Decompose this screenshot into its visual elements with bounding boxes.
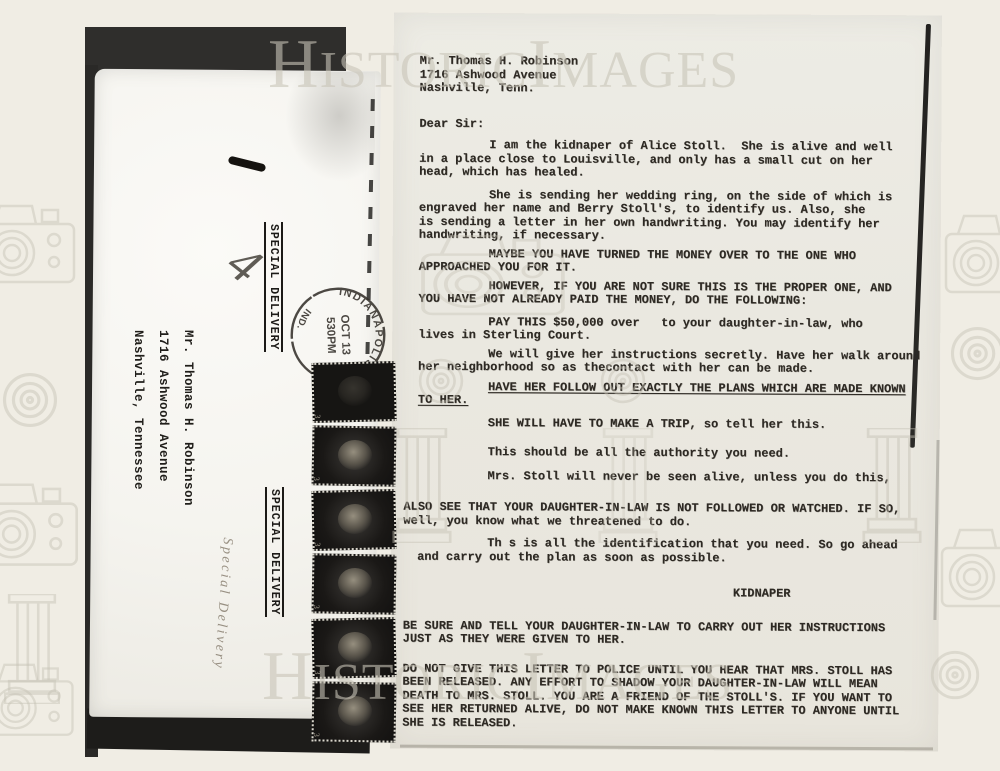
stamp-denomination: 3 [313,670,322,674]
stamp-portrait [338,696,373,727]
letter-paragraph: MAYBE YOU HAVE TURNED THE MONEY OVER TO … [419,247,930,277]
letter-paragraph: This should be all the authority you nee… [418,446,929,462]
camera-icon [0,474,83,569]
letter-paragraph: HOWEVER, IF YOU ARE NOT SURE THIS IS THE… [418,279,929,309]
photo-dark-background-top [85,27,346,73]
stamp-portrait [338,376,373,407]
ransom-letter-text: Mr. Thomas H. Robinson 1716 Ashwood Aven… [402,55,931,733]
postage-stamp: 3 [311,681,396,742]
svg-text:IND.: IND. [293,306,313,331]
letter-paragraph: I am the kidnaper of Alice Stoll. She is… [419,139,930,182]
stamp-portrait [338,440,373,471]
letter-paragraph: Mrs. Stoll will never be seen alive, unl… [417,469,928,485]
letter-paragraph: DO NOT GIVE THIS LETTER TO POLICE UNTIL … [402,662,927,732]
stamp-denomination: 3 [312,477,321,481]
ransom-letter-paper: Mr. Thomas H. Robinson 1716 Ashwood Aven… [390,13,942,752]
envelope-address-line: Nashville, Tennessee [125,330,150,562]
letter-paragraph: ALSO SEE THAT YOUR DAUGHTER-IN-LAW IS NO… [403,501,928,531]
letter-paragraph: SHE WILL HAVE TO MAKE A TRIP, so tell he… [418,416,929,432]
letter-paragraph: Dear Sir: [419,117,930,133]
envelope-photo: SPECIAL DELIVERY 4 INDIANAPOLIS IND. OCT… [85,27,380,757]
letter-paragraph: BE SURE AND TELL YOUR DAUGHTER-IN-LAW TO… [403,619,928,649]
stamp-denomination: 3 [313,414,322,418]
stamp-denomination: 3 [312,733,321,737]
postage-stamp-strip: 3 3 3 3 3 3 [312,362,396,746]
postage-stamp: 3 [311,553,396,614]
letter-paragraph: PAY THIS $50,000 over to your daughter-i… [418,315,929,345]
envelope-address-line: Mr. Thomas H. Robinson [175,330,200,562]
envelope-smudge [285,72,375,182]
envelope-address: Mr. Thomas H. Robinson1716 Ashwood Avenu… [125,330,200,562]
stamp-portrait [338,632,373,663]
camera-icon [944,206,1000,296]
postage-stamp: 3 [311,617,396,679]
spiral-icon [2,372,58,428]
stamp-denomination: 3 [312,605,321,609]
postmark-date: OCT 13 [338,314,351,355]
camera-icon [0,196,80,286]
letter-paragraph: KIDNAPER [733,587,928,602]
postage-stamp: 3 [311,361,396,423]
postmark-state: IND. [293,306,313,331]
postmark-time: 530PM [324,317,337,354]
letter-paragraph: We will give her instructions secretly. … [418,347,929,377]
envelope-address-line: 1716 Ashwood Avenue [150,330,175,562]
camera-icon [940,520,1000,610]
special-delivery-stamp-2: SPECIAL DELIVERY [265,487,284,617]
stamp-portrait [338,568,373,599]
press-photo-scan: SPECIAL DELIVERY 4 INDIANAPOLIS IND. OCT… [0,0,1000,771]
stamp-denomination: 3 [313,542,322,546]
postage-stamp: 3 [311,489,396,551]
special-delivery-stamp-1: SPECIAL DELIVERY [264,222,283,352]
postage-stamp: 3 [311,425,396,486]
letter-paragraph: Mr. Thomas H. Robinson 1716 Ashwood Aven… [419,55,930,98]
letter-paragraph: She is sending her wedding ring, on the … [419,188,930,245]
stamp-portrait [338,504,373,535]
column-icon [4,594,60,704]
letter-paragraph: Th s is all the identification that you … [417,537,928,567]
spiral-icon [950,326,1000,381]
letter-paragraph: HAVE HER FOLLOW OUT EXACTLY THE PLANS WH… [418,380,929,410]
camera-icon [0,655,78,739]
